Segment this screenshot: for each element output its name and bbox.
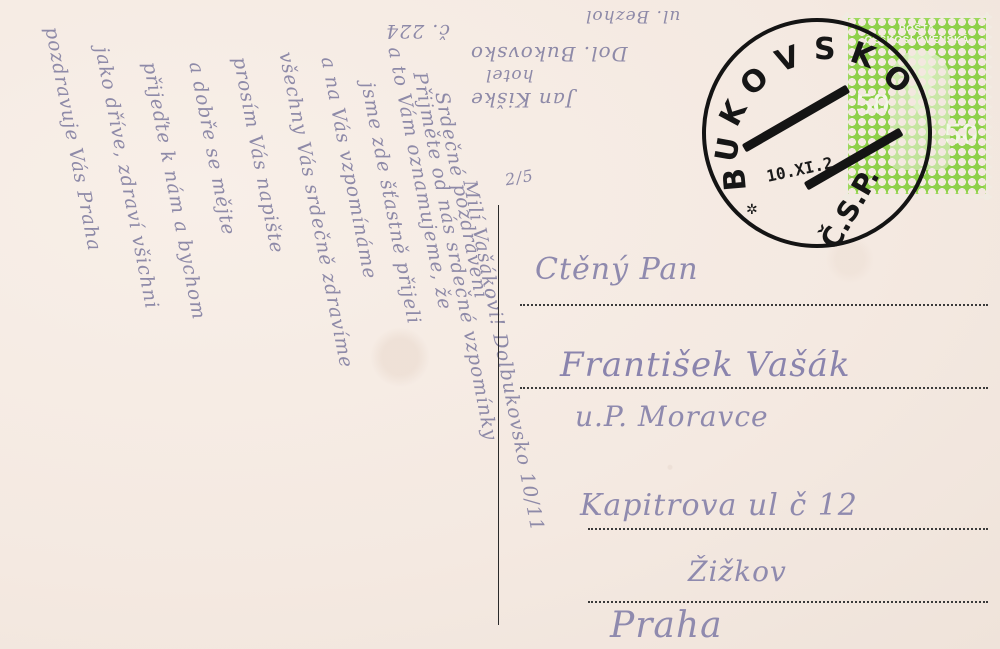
page-mark: 2/5	[504, 166, 536, 190]
sender-line-3: Dol. Bukovsko	[470, 42, 628, 66]
address-line-3	[588, 528, 988, 530]
postmark-letter: B	[717, 167, 754, 193]
postmark-circle: B U K O V S K O 10.XI.2 Č.S.P. ✲	[702, 18, 932, 248]
sender-line-4: hotel	[485, 65, 534, 85]
postmark-star: ✲	[746, 202, 758, 218]
postmark-letter: K	[713, 95, 755, 132]
address-line-4	[588, 601, 988, 603]
address-name: František Vašák	[560, 345, 851, 385]
address-salutation: Ctěný Pan	[535, 252, 699, 287]
postmark-letter: O	[734, 60, 776, 103]
address-city: Praha	[610, 605, 723, 646]
postmark-letter: K	[846, 35, 880, 76]
postcard-back: ul. Bezhol č. 224 Dol. Bukovsko hotel Ja…	[0, 0, 1000, 649]
postmark-letter: S	[814, 32, 836, 67]
sender-line-1: ul. Bezhol	[585, 6, 680, 26]
sender-line-2: č. 224	[385, 20, 450, 42]
message-line: a dobře se mějte	[184, 60, 239, 238]
center-divider	[498, 205, 499, 625]
address-line-2	[520, 387, 988, 389]
postmark-letter: U	[709, 134, 748, 164]
sender-line-5: Jan Kiške	[470, 88, 574, 112]
address-district: Žižkov	[688, 555, 787, 588]
address-street: Kapitrova ul č 12	[580, 488, 858, 523]
postmark-letter: V	[771, 39, 805, 80]
address-line-1	[520, 304, 988, 306]
address-line2: u.P. Moravce	[575, 400, 769, 433]
stamp-value-right: 50	[945, 118, 978, 152]
